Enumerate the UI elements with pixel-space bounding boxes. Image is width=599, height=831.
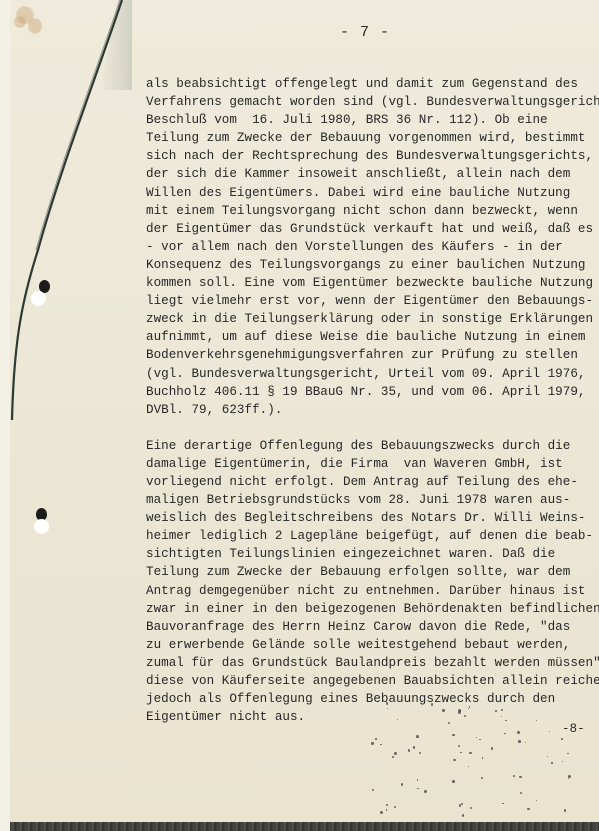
speck bbox=[380, 744, 382, 746]
speck bbox=[417, 788, 418, 789]
speck bbox=[394, 806, 396, 808]
text-line: - vor allem nach den Vorstellungen des K… bbox=[146, 238, 596, 256]
speck bbox=[460, 752, 462, 754]
punch-hole bbox=[34, 519, 49, 534]
speck bbox=[408, 749, 410, 751]
text-line: sich nach der Rechtsprechung des Bundesv… bbox=[146, 147, 596, 165]
speck bbox=[476, 737, 477, 738]
speck bbox=[469, 752, 472, 755]
text-line: der Eigentümer das Grundstück verkauft h… bbox=[146, 220, 596, 238]
text-line: vorliegend nicht erfolgt. Dem Antrag auf… bbox=[146, 473, 596, 491]
speck bbox=[568, 778, 569, 779]
paragraph: Eine derartige Offenlegung des Bebauungs… bbox=[146, 437, 596, 727]
speck bbox=[491, 747, 494, 750]
speck bbox=[517, 731, 520, 734]
speck bbox=[458, 709, 461, 712]
speck bbox=[547, 756, 548, 757]
text-line: Beschluß vom 16. Juli 1980, BRS 36 Nr. 1… bbox=[146, 111, 596, 129]
text-line: Antrag demgegenüber nicht zu entnehmen. … bbox=[146, 582, 596, 600]
speck bbox=[453, 759, 455, 761]
speck bbox=[401, 783, 403, 785]
speck bbox=[502, 803, 503, 804]
page-left-margin-strip bbox=[0, 0, 10, 831]
text-line: Verfahrens gemacht worden sind (vgl. Bun… bbox=[146, 93, 596, 111]
speck bbox=[419, 752, 421, 754]
text-line: aufnimmt, um auf diese Weise die baulich… bbox=[146, 328, 596, 346]
speck bbox=[551, 762, 553, 764]
stain-mark bbox=[28, 18, 42, 34]
speck bbox=[549, 731, 550, 732]
scanned-page: - 7 - als beabsichtigt offengelegt und d… bbox=[0, 0, 599, 831]
speck bbox=[459, 804, 461, 806]
stain-mark bbox=[14, 16, 26, 28]
text-line: Eigentümer nicht aus. bbox=[146, 708, 596, 726]
speck bbox=[468, 766, 469, 767]
text-line: der sich die Kammer insoweit anschließt,… bbox=[146, 165, 596, 183]
text-line: Eine derartige Offenlegung des Bebauungs… bbox=[146, 437, 596, 455]
page-number: - 7 - bbox=[340, 24, 390, 41]
text-line: damalige Eigentümerin, die Firma van Wav… bbox=[146, 455, 596, 473]
text-line: liegt vielmehr erst vor, wenn der Eigent… bbox=[146, 292, 596, 310]
text-line: zumal für das Grundstück Baulandpreis be… bbox=[146, 654, 596, 672]
speck bbox=[519, 776, 521, 778]
speck bbox=[448, 722, 450, 724]
speck bbox=[495, 710, 497, 712]
text-line: (vgl. Bundesverwaltungsgericht, Urteil v… bbox=[146, 365, 596, 383]
speck bbox=[561, 738, 563, 740]
text-line: sichtigten Teilungslinien eingezeichnet … bbox=[146, 545, 596, 563]
text-line: zwar in einer in den beigezogenen Behörd… bbox=[146, 600, 596, 618]
text-line: DVBl. 79, 623ff.). bbox=[146, 401, 596, 419]
speck bbox=[392, 756, 394, 758]
speck bbox=[394, 752, 397, 755]
text-line: weislich des Begleitschreibens des Notar… bbox=[146, 509, 596, 527]
text-line: Bodenverkehrsgenehmigungsverfahren zur P… bbox=[146, 346, 596, 364]
text-line: mit einem Teilungsvorgang nicht schon da… bbox=[146, 202, 596, 220]
text-line: maligen Betriebsgrundstücks vom 28. Juni… bbox=[146, 491, 596, 509]
speck bbox=[513, 775, 515, 777]
text-line: als beabsichtigt offengelegt und damit z… bbox=[146, 75, 596, 93]
text-line: heimer lediglich 2 Lagepläne beigefügt, … bbox=[146, 527, 596, 545]
speck bbox=[417, 779, 418, 780]
text-line: Konsequenz des Teilungsvorgangs zu einer… bbox=[146, 256, 596, 274]
speck bbox=[452, 734, 455, 737]
speck bbox=[520, 792, 522, 794]
speck bbox=[375, 738, 377, 740]
document-body: als beabsichtigt offengelegt und damit z… bbox=[146, 75, 596, 726]
speck bbox=[372, 789, 374, 791]
speck bbox=[371, 742, 373, 744]
paragraph: als beabsichtigt offengelegt und damit z… bbox=[146, 75, 596, 419]
speck bbox=[562, 761, 563, 762]
speck bbox=[416, 735, 419, 738]
speck bbox=[380, 811, 383, 814]
speck bbox=[470, 807, 472, 809]
text-line: kommen soll. Eine vom Eigentümer bezweck… bbox=[146, 274, 596, 292]
speck bbox=[536, 800, 537, 801]
speck bbox=[481, 777, 483, 779]
speck bbox=[567, 753, 568, 754]
speck bbox=[424, 790, 427, 793]
text-line: zu erwerbende Gelände solle weitestgehen… bbox=[146, 636, 596, 654]
text-line: jedoch als Offenlegung eines Bebauungszw… bbox=[146, 690, 596, 708]
next-page-marker: -8- bbox=[562, 722, 585, 736]
speck bbox=[413, 746, 415, 748]
speck bbox=[479, 739, 480, 740]
text-line: Buchholz 406.11 § 19 BBauG Nr. 35, und v… bbox=[146, 383, 596, 401]
scan-bottom-edge bbox=[10, 822, 599, 831]
speck bbox=[452, 780, 454, 782]
speck bbox=[442, 709, 445, 712]
text-line: Willen des Eigentümers. Dabei wird eine … bbox=[146, 184, 596, 202]
speck bbox=[504, 733, 505, 734]
speck bbox=[564, 809, 567, 812]
text-line: Teilung zum Zwecke der Bebauung vorgenom… bbox=[146, 129, 596, 147]
text-line: Bauvoranfrage des Herrn Heinz Carow davo… bbox=[146, 618, 596, 636]
speck bbox=[386, 804, 388, 806]
speck bbox=[458, 745, 460, 747]
text-line: zweck in die Teilungserklärung oder in s… bbox=[146, 310, 596, 328]
speck bbox=[462, 814, 465, 817]
text-line: diese von Käuferseite angegebenen Bauabs… bbox=[146, 672, 596, 690]
text-line: Teilung zum Zwecke der Bebauung erfolgen… bbox=[146, 563, 596, 581]
speck bbox=[518, 740, 521, 743]
speck bbox=[525, 742, 527, 744]
speck bbox=[527, 808, 529, 810]
speck bbox=[431, 703, 433, 705]
speck bbox=[386, 809, 387, 810]
speck bbox=[482, 757, 483, 758]
speck bbox=[461, 803, 463, 805]
punch-hole bbox=[31, 291, 46, 306]
